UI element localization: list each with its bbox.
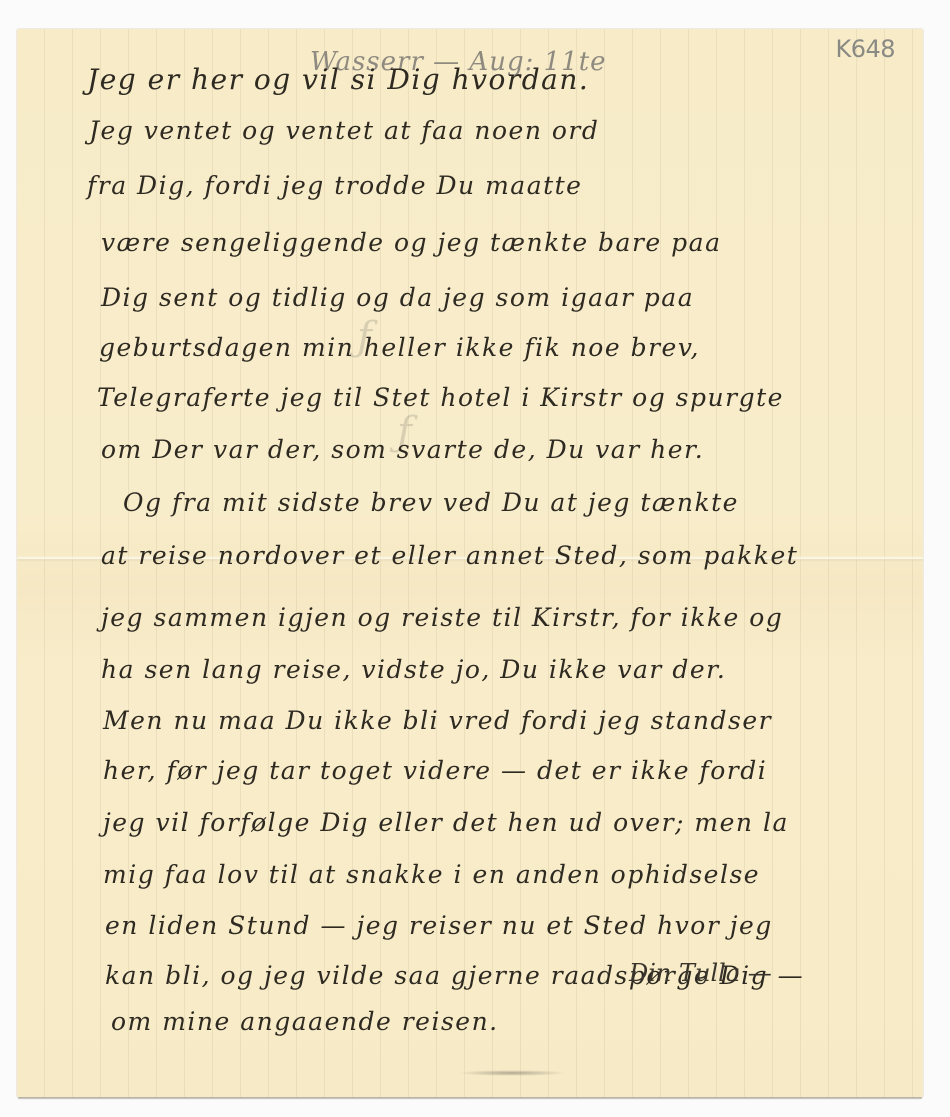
ink-smudge bbox=[457, 1070, 567, 1076]
letter-line: jeg vil forfølge Dig eller det hen ud ov… bbox=[103, 808, 789, 837]
letter-line: en liden Stund — jeg reiser nu et Sted h… bbox=[105, 911, 773, 940]
letter-line: Jeg er her og vil si Dig hvordan. bbox=[87, 63, 589, 96]
letter-line: geburtsdagen min heller ikke fik noe bre… bbox=[99, 333, 700, 362]
letter-line: om Der var der, som svarte de, Du var he… bbox=[101, 435, 704, 464]
letter-line: om mine angaaende reisen. bbox=[111, 1007, 499, 1036]
letter-line: Jeg ventet og ventet at faa noen ord bbox=[89, 116, 599, 145]
letter-line: Telegraferte jeg til Stet hotel i Kirstr… bbox=[97, 383, 784, 412]
letter-sheet: Wasserr — Aug: 11te K648 ƒ ƒ Jeg er her … bbox=[17, 29, 923, 1097]
scanned-page: Wasserr — Aug: 11te K648 ƒ ƒ Jeg er her … bbox=[0, 0, 950, 1117]
letter-line: Dig sent og tidlig og da jeg som igaar p… bbox=[101, 283, 694, 312]
letter-line: fra Dig, fordi jeg trodde Du maatte bbox=[87, 171, 582, 200]
letter-line: at reise nordover et eller annet Sted, s… bbox=[101, 541, 798, 570]
letter-line: her, før jeg tar toget videre — det er i… bbox=[103, 756, 767, 785]
letter-line: jeg sammen igjen og reiste til Kirstr, f… bbox=[101, 603, 783, 632]
archive-id: K648 bbox=[835, 35, 895, 63]
letter-line: Men nu maa Du ikke bli vred fordi jeg st… bbox=[103, 706, 772, 735]
letter-line: ha sen lang reise, vidste jo, Du ikke va… bbox=[101, 655, 726, 684]
letter-line: mig faa lov til at snakke i en anden oph… bbox=[103, 860, 760, 889]
letter-line: Og fra mit sidste brev ved Du at jeg tæn… bbox=[123, 488, 739, 517]
letter-line: være sengeliggende og jeg tænkte bare pa… bbox=[101, 228, 721, 257]
signature: Din Tulla — bbox=[629, 959, 772, 987]
